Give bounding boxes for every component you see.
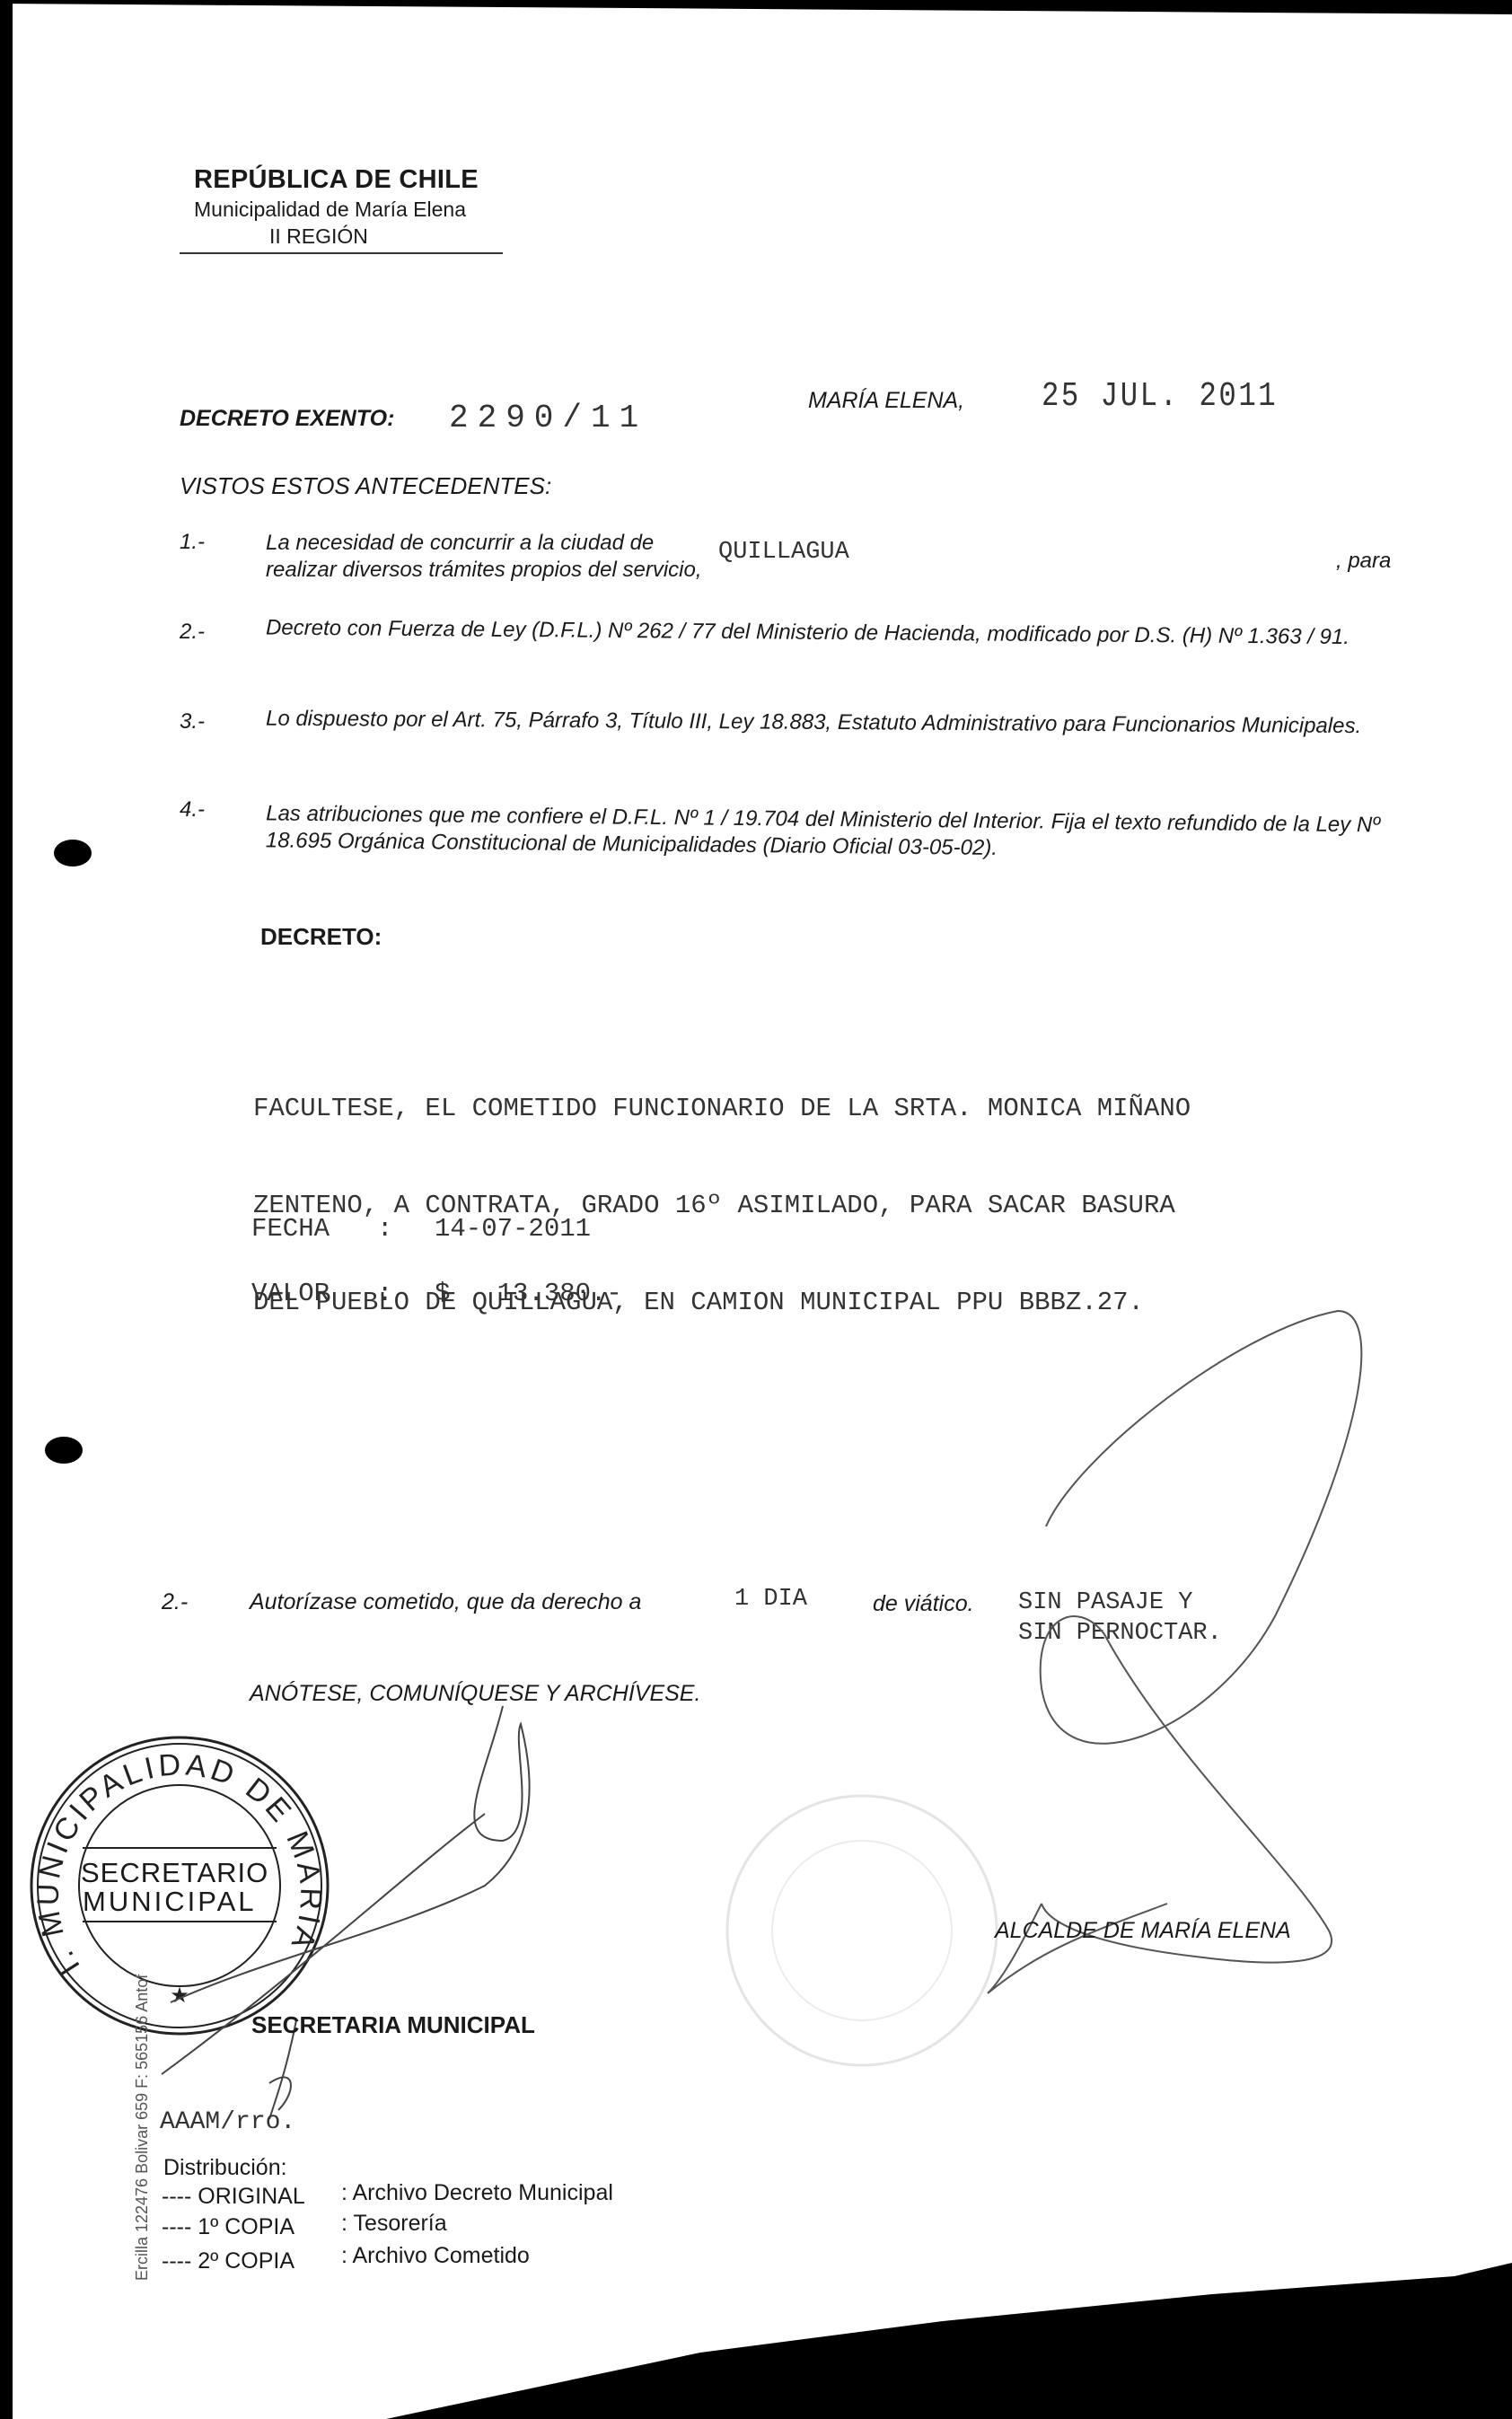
- seal-center-line1: SECRETARIO: [81, 1857, 268, 1889]
- item-text: realizar diversos trámites propios del s…: [266, 557, 702, 584]
- item-text: Decreto con Fuerza de Ley (D.F.L.) Nº 26…: [266, 615, 1397, 652]
- decree-place: MARÍA ELENA,: [808, 388, 964, 414]
- authorization-text: de viático.: [873, 1591, 974, 1617]
- distribution-destination: : Archivo Cometido: [341, 2243, 530, 2269]
- condition-line: SIN PERNOCTAR.: [1018, 1620, 1222, 1647]
- distribution-copy: ---- 1º COPIA: [162, 2214, 294, 2240]
- scan-border-top: [0, 0, 1512, 14]
- decree-label: DECRETO EXENTO:: [180, 406, 394, 432]
- item-number: 1.-: [180, 530, 205, 555]
- distribution-destination: : Archivo Decreto Municipal: [341, 2180, 613, 2206]
- item-text: Lo dispuesto por el Art. 75, Párrafo 3, …: [266, 706, 1397, 741]
- resolution-line: DEL PUEBLO DE QUILLAGUA, EN CAMION MUNIC…: [253, 1287, 1191, 1319]
- margin-address: Ercilla 122476 Bolivar 659 F: 565156 Ant…: [133, 1975, 152, 2281]
- item-number: 4.-: [180, 797, 205, 822]
- field-separator: :: [377, 1279, 392, 1308]
- item-number: 3.-: [180, 709, 205, 734]
- typist-initials: AAAM/rro.: [160, 2108, 295, 2136]
- region-name: II REGIÓN: [269, 224, 368, 249]
- date-field-label: FECHA: [251, 1214, 330, 1244]
- distribution-copy: ---- 2º COPIA: [162, 2248, 294, 2274]
- decree-number: 2290/11: [449, 400, 647, 436]
- amount-field-value: $ 13.380.-: [435, 1279, 622, 1308]
- amount-field-label: VALOR: [251, 1279, 330, 1308]
- vistos-heading: VISTOS ESTOS ANTECEDENTES:: [180, 472, 551, 500]
- municipality-name: Municipalidad de María Elena: [194, 198, 466, 222]
- svg-text:★: ★: [170, 1984, 189, 2008]
- resolution-text: FACULTESE, EL COMETIDO FUNCIONARIO DE LA…: [253, 1028, 1191, 1384]
- secretary-signature-title: SECRETARIA MUNICIPAL: [251, 2011, 535, 2039]
- resolution-line: FACULTESE, EL COMETIDO FUNCIONARIO DE LA…: [253, 1093, 1191, 1125]
- decreto-heading: DECRETO:: [260, 923, 382, 951]
- date-field-value: 14-07-2011: [435, 1214, 591, 1244]
- distribution-heading: Distribución:: [163, 2155, 287, 2181]
- item-number: 2.-: [180, 620, 205, 645]
- distribution-destination: : Tesorería: [341, 2211, 447, 2237]
- closing-formula: ANÓTESE, COMUNÍQUESE Y ARCHÍVESE.: [250, 1681, 700, 1707]
- scan-border: [0, 0, 13, 2419]
- condition-line: SIN PASAJE Y: [1018, 1589, 1192, 1616]
- field-separator: :: [377, 1214, 392, 1244]
- item-text: , para: [1336, 548, 1391, 575]
- destination-city: QUILLAGUA: [718, 539, 849, 566]
- item-text: Las atribuciones que me confiere el D.F.…: [266, 800, 1398, 866]
- item-text: La necesidad de concurrir a la ciudad de: [266, 530, 654, 557]
- mayor-signature-title: ALCALDE DE MARÍA ELENA: [995, 1918, 1291, 1944]
- document-page: REPÚBLICA DE CHILE Municipalidad de Marí…: [0, 0, 1512, 2419]
- date-stamp: 25 JUL. 2011: [1042, 377, 1278, 416]
- punch-hole: [45, 1437, 83, 1464]
- item-number: 2.-: [162, 1589, 188, 1615]
- authorization-text: Autorízase cometido, que da derecho a: [250, 1589, 641, 1615]
- country-heading: REPÚBLICA DE CHILE: [194, 165, 479, 195]
- resolution-line: ZENTENO, A CONTRATA, GRADO 16º ASIMILADO…: [253, 1190, 1191, 1222]
- viatico-days: 1 DIA: [734, 1586, 807, 1613]
- punch-hole: [54, 840, 92, 866]
- header-divider: [180, 252, 503, 254]
- seal-center-line2: MUNICIPAL: [83, 1886, 257, 1918]
- distribution-copy: ---- ORIGINAL: [162, 2184, 305, 2210]
